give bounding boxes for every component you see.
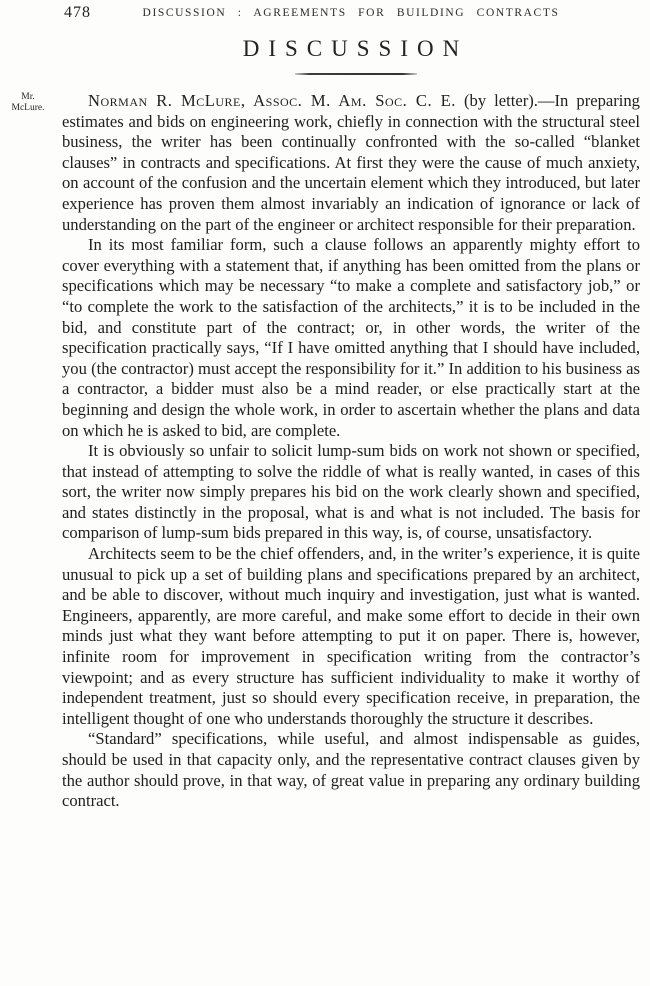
body-paragraph-2: In its most familiar form, such a clause… bbox=[62, 235, 640, 441]
opening-paragraph-text: (by letter).—In preparing estimates and … bbox=[62, 91, 640, 234]
title-rule-divider bbox=[295, 73, 417, 75]
discussion-body: Norman R. McLure, Assoc. M. Am. Soc. C. … bbox=[62, 91, 640, 812]
running-head: DISCUSSION : AGREEMENTS FOR BUILDING CON… bbox=[62, 7, 640, 19]
section-title: DISCUSSION bbox=[62, 36, 640, 62]
margin-note-line2: McLure. bbox=[6, 103, 50, 114]
opening-paragraph: Norman R. McLure, Assoc. M. Am. Soc. C. … bbox=[62, 91, 640, 235]
speaker-name: Norman R. McLure, Assoc. M. Am. Soc. C. … bbox=[88, 91, 456, 110]
margin-note-line1: Mr. bbox=[6, 92, 50, 103]
book-page: 478 DISCUSSION : AGREEMENTS FOR BUILDING… bbox=[0, 0, 650, 986]
body-paragraph-3: It is obviously so unfair to solicit lum… bbox=[62, 441, 640, 544]
body-paragraph-5: “Standard” specifications, while useful,… bbox=[62, 729, 640, 811]
body-paragraph-4: Architects seem to be the chief offender… bbox=[62, 544, 640, 729]
margin-note-speaker: Mr. McLure. bbox=[6, 92, 50, 114]
